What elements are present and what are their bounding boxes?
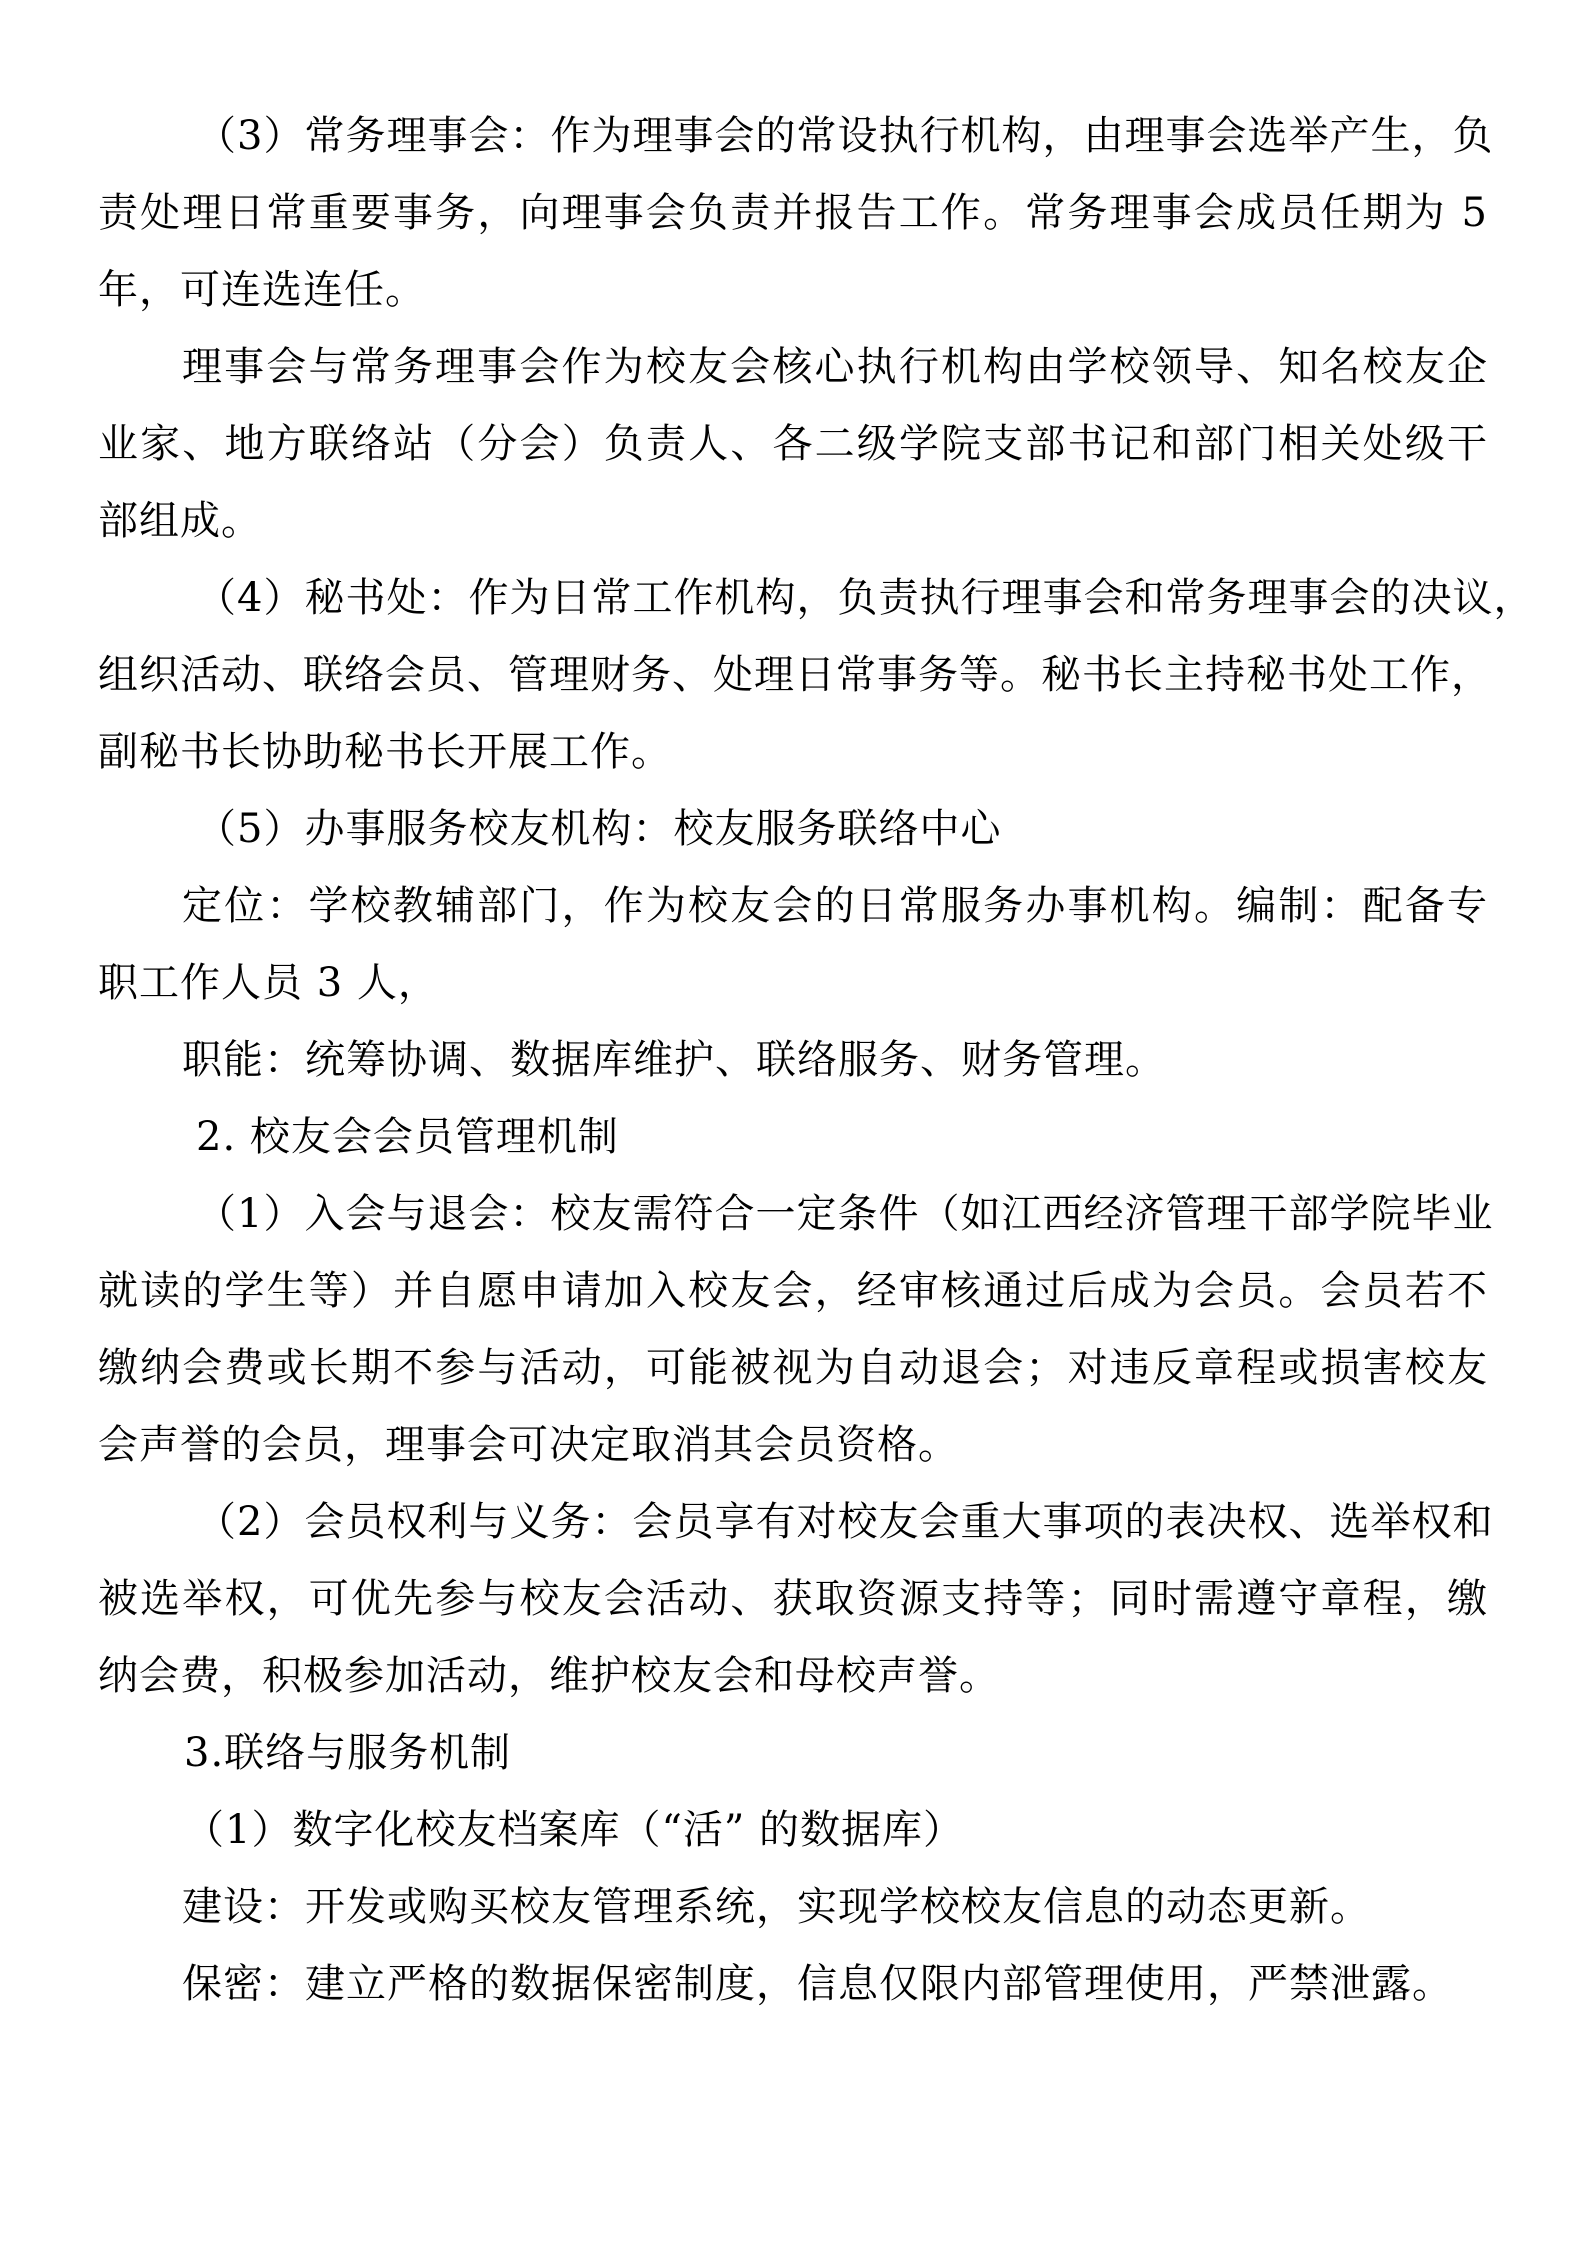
paragraph-line: 组织活动、联络会员、管理财务、处理日常事务等。秘书长主持秘书处工作， xyxy=(98,645,1488,705)
paragraph-line: 被选举权，可优先参与校友会活动、获取资源支持等；同时需遵守章程，缴 xyxy=(98,1569,1488,1629)
section-5-service-center-heading: （5）办事服务校友机构：校友服务联络中心 xyxy=(196,799,1488,859)
paragraph-line: 部组成。 xyxy=(98,491,1488,551)
paragraph-line: 责处理日常重要事务，向理事会负责并报告工作。常务理事会成员任期为 5 xyxy=(98,183,1488,243)
confidentiality-paragraph: 保密：建立严格的数据保密制度，信息仅限内部管理使用，严禁泄露。 xyxy=(182,1954,1488,2014)
section-4-secretariat-heading: （4）秘书处：作为日常工作机构，负责执行理事会和常务理事会的决议， xyxy=(196,568,1488,628)
paragraph-line: 缴纳会费或长期不参与活动，可能被视为自动退会；对违反章程或损害校友 xyxy=(98,1338,1488,1398)
paragraph-line: 年，可连选连任。 xyxy=(98,260,1488,320)
paragraph-line: 职工作人员 3 人， xyxy=(98,953,1488,1013)
membership-join-leave-heading: （1）入会与退会：校友需符合一定条件（如江西经济管理干部学院毕业 xyxy=(196,1184,1488,1244)
construction-paragraph: 建设：开发或购买校友管理系统，实现学校校友信息的动态更新。 xyxy=(182,1877,1488,1937)
paragraph-line: 纳会费，积极参加活动，维护校友会和母校声誉。 xyxy=(98,1646,1488,1706)
section-3-standing-council-heading: （3）常务理事会：作为理事会的常设执行机构，由理事会选举产生，负 xyxy=(196,106,1488,166)
member-rights-heading: （2）会员权利与义务：会员享有对校友会重大事项的表决权、选举权和 xyxy=(196,1492,1488,1552)
section-3-liaison-heading: 3.联络与服务机制 xyxy=(184,1723,1488,1783)
council-composition-paragraph: 理事会与常务理事会作为校友会核心执行机构由学校领导、知名校友企 xyxy=(182,337,1488,397)
paragraph-line: 业家、地方联络站（分会）负责人、各二级学院支部书记和部门相关处级干 xyxy=(98,414,1488,474)
paragraph-line: 就读的学生等）并自愿申请加入校友会，经审核通过后成为会员。会员若不 xyxy=(98,1261,1488,1321)
paragraph-line: 会声誉的会员，理事会可决定取消其会员资格。 xyxy=(98,1415,1488,1475)
paragraph-line: 副秘书长协助秘书长开展工作。 xyxy=(98,722,1488,782)
section-2-membership-heading: 2. 校友会会员管理机制 xyxy=(196,1107,1488,1167)
positioning-paragraph: 定位：学校教辅部门，作为校友会的日常服务办事机构。编制：配备专 xyxy=(182,876,1488,936)
document-page: （3）常务理事会：作为理事会的常设执行机构，由理事会选举产生，负 责处理日常重要… xyxy=(0,0,1586,2245)
functions-paragraph: 职能：统筹协调、数据库维护、联络服务、财务管理。 xyxy=(182,1030,1488,1090)
digital-archive-heading: （1）数字化校友档案库（“活” 的数据库） xyxy=(184,1800,1488,1860)
